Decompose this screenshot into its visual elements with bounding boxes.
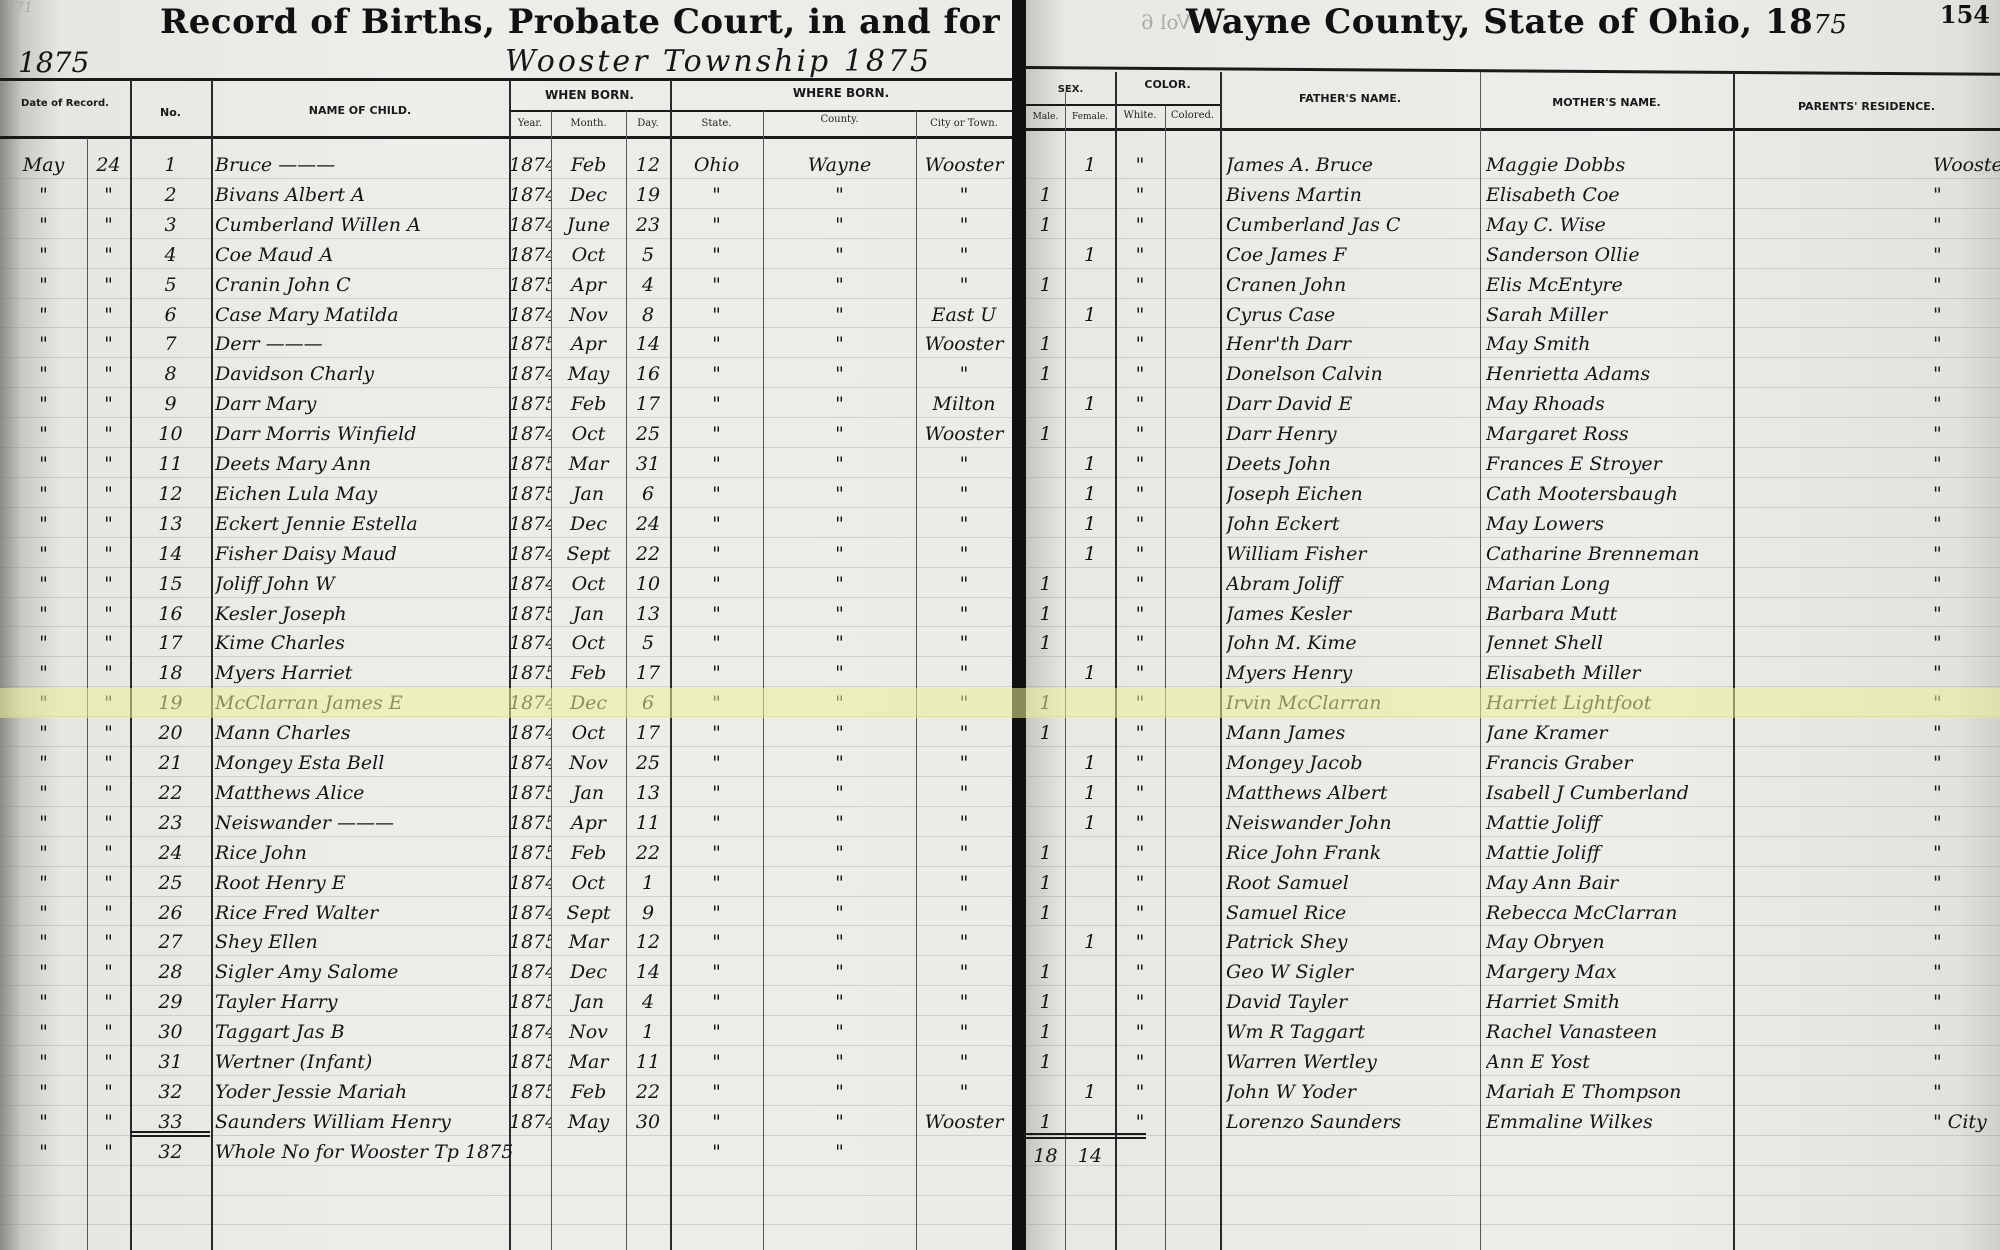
- mother-name: Mariah E Thompson: [1486, 1077, 1733, 1107]
- record-day: ": [87, 419, 130, 449]
- father-name: Abram Joliff: [1226, 569, 1480, 599]
- birth-day: 13: [626, 599, 670, 629]
- entry-number: 20: [130, 718, 211, 748]
- birth-month: Oct: [551, 419, 626, 449]
- sex-female: [1065, 1017, 1115, 1047]
- birth-state: ": [670, 300, 763, 330]
- birth-month: Apr: [551, 270, 626, 300]
- birth-county: ": [763, 748, 916, 778]
- entry-number: 32: [130, 1077, 211, 1107]
- header-county: County.: [763, 114, 916, 125]
- sex-female: [1065, 868, 1115, 898]
- book-gutter: [1012, 0, 1026, 1250]
- mother-name: Margery Max: [1486, 957, 1733, 987]
- sex-male: [1026, 300, 1065, 330]
- birth-day: 8: [626, 300, 670, 330]
- birth-county: ": [763, 628, 916, 658]
- birth-county: ": [763, 599, 916, 629]
- color-white: ": [1115, 1017, 1165, 1047]
- father-name: Neiswander John: [1226, 808, 1480, 838]
- birth-county: ": [763, 569, 916, 599]
- record-month: ": [0, 569, 87, 599]
- birth-county: ": [763, 957, 916, 987]
- sex-male: 1: [1026, 838, 1065, 868]
- birth-month: Oct: [551, 868, 626, 898]
- entry-number: 25: [130, 868, 211, 898]
- father-name: Geo W Sigler: [1226, 957, 1480, 987]
- birth-year: 1874: [509, 628, 551, 658]
- father-name: Rice John Frank: [1226, 838, 1480, 868]
- birth-county: ": [763, 778, 916, 808]
- child-name: McClarran James E: [215, 688, 509, 718]
- record-month: ": [0, 838, 87, 868]
- birth-county: ": [763, 389, 916, 419]
- father-name: Coe James F: [1226, 240, 1480, 270]
- birth-state: ": [670, 599, 763, 629]
- record-day: ": [87, 628, 130, 658]
- sex-female: 1: [1065, 1077, 1115, 1107]
- birth-city: Wooster: [916, 1107, 1012, 1137]
- sex-female: [1065, 180, 1115, 210]
- record-month: ": [0, 628, 87, 658]
- child-name: Darr Morris Winfield: [215, 419, 509, 449]
- sex-female: 1: [1065, 658, 1115, 688]
- record-day: ": [87, 1107, 130, 1137]
- parents-residence: ": [1933, 898, 2000, 928]
- color-white: ": [1115, 778, 1165, 808]
- column-divider: [1733, 72, 1735, 1250]
- birth-year: 1875: [509, 329, 551, 359]
- sex-male: [1026, 449, 1065, 479]
- parents-residence: Wooster Tp: [1933, 150, 2000, 180]
- color-white: ": [1115, 389, 1165, 419]
- record-day: ": [87, 838, 130, 868]
- parents-residence: ": [1933, 628, 2000, 658]
- birth-year: 1875: [509, 778, 551, 808]
- entry-number: 15: [130, 569, 211, 599]
- entry-number: 10: [130, 419, 211, 449]
- header-bottom-rule: [0, 136, 1012, 139]
- father-name: Myers Henry: [1226, 658, 1480, 688]
- birth-county: ": [763, 898, 916, 928]
- child-name: Matthews Alice: [215, 778, 509, 808]
- header-city-or-town: City or Town.: [916, 118, 1012, 129]
- color-white: ": [1115, 927, 1165, 957]
- child-name: Kime Charles: [215, 628, 509, 658]
- color-colored: [1165, 419, 1220, 449]
- birth-city: ": [916, 210, 1012, 240]
- father-name: James A. Bruce: [1226, 150, 1480, 180]
- birth-day: 24: [626, 509, 670, 539]
- father-name: Donelson Calvin: [1226, 359, 1480, 389]
- child-name: Coe Maud A: [215, 240, 509, 270]
- parents-residence: ": [1933, 658, 2000, 688]
- entry-number: 21: [130, 748, 211, 778]
- header-parents-residence: PARENTS' RESIDENCE.: [1733, 100, 2000, 113]
- birth-county: ": [763, 210, 916, 240]
- color-white: ": [1115, 599, 1165, 629]
- record-month: ": [0, 180, 87, 210]
- birth-year: 1874: [509, 898, 551, 928]
- color-white: ": [1115, 868, 1165, 898]
- mother-name: Isabell J Cumberland: [1486, 778, 1733, 808]
- mother-name: Harriet Smith: [1486, 987, 1733, 1017]
- color-colored: [1165, 718, 1220, 748]
- birth-state: ": [670, 808, 763, 838]
- sex-female: 1: [1065, 748, 1115, 778]
- record-day: ": [87, 1077, 130, 1107]
- sex-male: [1026, 479, 1065, 509]
- mother-name: Rebecca McClarran: [1486, 898, 1733, 928]
- birth-city: Wooster: [916, 150, 1012, 180]
- entry-number: 12: [130, 479, 211, 509]
- birth-city: ": [916, 270, 1012, 300]
- record-month: ": [0, 748, 87, 778]
- entry-number: 7: [130, 329, 211, 359]
- birth-month: Mar: [551, 1047, 626, 1077]
- birth-city: ": [916, 449, 1012, 479]
- sex-male: 1: [1026, 270, 1065, 300]
- sex-female: [1065, 898, 1115, 928]
- sex-female: [1065, 569, 1115, 599]
- birth-day: 14: [626, 329, 670, 359]
- parents-residence: ": [1933, 240, 2000, 270]
- birth-state: ": [670, 509, 763, 539]
- bleed-through-mark: Vol 6: [1141, 10, 1191, 34]
- record-day: ": [87, 1047, 130, 1077]
- father-name: Cranen John: [1226, 270, 1480, 300]
- father-name: Deets John: [1226, 449, 1480, 479]
- record-day: ": [87, 509, 130, 539]
- entry-number: 18: [130, 658, 211, 688]
- color-white: ": [1115, 359, 1165, 389]
- birth-day: 17: [626, 389, 670, 419]
- total-rule: [130, 1135, 210, 1137]
- child-name: Derr ———: [215, 329, 509, 359]
- birth-day: 5: [626, 240, 670, 270]
- birth-city: ": [916, 658, 1012, 688]
- summary-record-month: ": [0, 1137, 87, 1167]
- header-female: Female.: [1065, 112, 1115, 122]
- header-top-rule: [0, 78, 1012, 81]
- birth-year: 1874: [509, 718, 551, 748]
- color-white: ": [1115, 748, 1165, 778]
- header-mid-rule: [510, 110, 1012, 112]
- color-white: ": [1115, 210, 1165, 240]
- color-colored: [1165, 569, 1220, 599]
- birth-year: 1874: [509, 539, 551, 569]
- birth-day: 9: [626, 898, 670, 928]
- entry-number: 5: [130, 270, 211, 300]
- birth-month: Feb: [551, 658, 626, 688]
- birth-day: 1: [626, 1017, 670, 1047]
- record-month: ": [0, 599, 87, 629]
- birth-city: ": [916, 539, 1012, 569]
- record-month: ": [0, 1107, 87, 1137]
- child-name: Cumberland Willen A: [215, 210, 509, 240]
- record-month: ": [0, 240, 87, 270]
- birth-month: Oct: [551, 569, 626, 599]
- mother-name: May Smith: [1486, 329, 1733, 359]
- sex-male: [1026, 778, 1065, 808]
- record-month: ": [0, 688, 87, 718]
- child-name: Eichen Lula May: [215, 479, 509, 509]
- birth-county: ": [763, 927, 916, 957]
- color-white: ": [1115, 479, 1165, 509]
- birth-county: ": [763, 449, 916, 479]
- color-colored: [1165, 240, 1220, 270]
- father-name: Darr Henry: [1226, 419, 1480, 449]
- entry-number: 30: [130, 1017, 211, 1047]
- sex-male: 1: [1026, 1047, 1065, 1077]
- record-month: ": [0, 957, 87, 987]
- record-day: ": [87, 957, 130, 987]
- father-name: Root Samuel: [1226, 868, 1480, 898]
- color-colored: [1165, 628, 1220, 658]
- color-colored: [1165, 838, 1220, 868]
- color-white: ": [1115, 270, 1165, 300]
- parents-residence: ": [1933, 509, 2000, 539]
- record-month: ": [0, 1077, 87, 1107]
- birth-city: ": [916, 359, 1012, 389]
- birth-state: ": [670, 718, 763, 748]
- father-name: Cyrus Case: [1226, 300, 1480, 330]
- parents-residence: ": [1933, 479, 2000, 509]
- color-colored: [1165, 300, 1220, 330]
- header-mothers-name: MOTHER'S NAME.: [1480, 96, 1733, 109]
- birth-county: ": [763, 539, 916, 569]
- birth-month: Nov: [551, 1017, 626, 1047]
- sex-female: 1: [1065, 479, 1115, 509]
- header-month: Month.: [551, 118, 626, 129]
- parents-residence: ": [1933, 180, 2000, 210]
- parents-residence: ": [1933, 449, 2000, 479]
- birth-day: 6: [626, 688, 670, 718]
- parents-residence: ": [1933, 748, 2000, 778]
- birth-year: 1875: [509, 808, 551, 838]
- record-day: ": [87, 898, 130, 928]
- page-number: 154: [1940, 0, 1990, 29]
- column-divider: [211, 80, 213, 1250]
- record-day: ": [87, 868, 130, 898]
- birth-city: ": [916, 957, 1012, 987]
- birth-day: 31: [626, 449, 670, 479]
- record-day: ": [87, 539, 130, 569]
- header-sex: SEX.: [1026, 84, 1115, 95]
- ruled-line: [0, 1224, 1012, 1225]
- birth-day: 23: [626, 210, 670, 240]
- parents-residence: ": [1933, 718, 2000, 748]
- father-name: Warren Wertley: [1226, 1047, 1480, 1077]
- birth-state: ": [670, 957, 763, 987]
- record-day: ": [87, 599, 130, 629]
- entry-number: 29: [130, 987, 211, 1017]
- child-name: Fisher Daisy Maud: [215, 539, 509, 569]
- birth-month: Sept: [551, 898, 626, 928]
- birth-day: 14: [626, 957, 670, 987]
- mother-name: May Obryen: [1486, 927, 1733, 957]
- record-day: ": [87, 987, 130, 1017]
- child-name: Darr Mary: [215, 389, 509, 419]
- birth-month: Sept: [551, 539, 626, 569]
- birth-county: ": [763, 329, 916, 359]
- color-colored: [1165, 539, 1220, 569]
- birth-city: ": [916, 748, 1012, 778]
- birth-year: 1874: [509, 180, 551, 210]
- birth-month: Jan: [551, 599, 626, 629]
- color-white: ": [1115, 329, 1165, 359]
- birth-state: ": [670, 270, 763, 300]
- record-month: ": [0, 898, 87, 928]
- birth-month: Nov: [551, 300, 626, 330]
- entry-number: 19: [130, 688, 211, 718]
- entry-number: 6: [130, 300, 211, 330]
- color-white: ": [1115, 957, 1165, 987]
- child-name: Joliff John W: [215, 569, 509, 599]
- header-white: White.: [1115, 110, 1165, 121]
- birth-state: ": [670, 419, 763, 449]
- parents-residence: ": [1933, 270, 2000, 300]
- child-name: Mongey Esta Bell: [215, 748, 509, 778]
- record-day: ": [87, 270, 130, 300]
- color-white: ": [1115, 658, 1165, 688]
- birth-city: ": [916, 569, 1012, 599]
- birth-month: Oct: [551, 628, 626, 658]
- parents-residence: " City: [1933, 1107, 2000, 1137]
- birth-state: ": [670, 240, 763, 270]
- record-day: ": [87, 359, 130, 389]
- birth-city: ": [916, 688, 1012, 718]
- birth-state: ": [670, 927, 763, 957]
- sex-male: 1: [1026, 359, 1065, 389]
- child-name: Yoder Jessie Mariah: [215, 1077, 509, 1107]
- color-colored: [1165, 688, 1220, 718]
- entry-number: 16: [130, 599, 211, 629]
- sex-female: [1065, 359, 1115, 389]
- record-month: ": [0, 1017, 87, 1047]
- parents-residence: ": [1933, 838, 2000, 868]
- birth-city: ": [916, 1017, 1012, 1047]
- record-month: ": [0, 300, 87, 330]
- header-name-of-child: NAME OF CHILD.: [211, 104, 509, 117]
- birth-county: Wayne: [763, 150, 916, 180]
- record-day: ": [87, 180, 130, 210]
- birth-month: Dec: [551, 688, 626, 718]
- birth-county: ": [763, 1077, 916, 1107]
- birth-county: ": [763, 479, 916, 509]
- child-name: Rice Fred Walter: [215, 898, 509, 928]
- birth-month: June: [551, 210, 626, 240]
- child-name: Bruce ———: [215, 150, 509, 180]
- sex-female: [1065, 329, 1115, 359]
- mother-name: May C. Wise: [1486, 210, 1733, 240]
- parents-residence: ": [1933, 868, 2000, 898]
- sex-female: [1065, 987, 1115, 1017]
- birth-county: ": [763, 270, 916, 300]
- color-white: ": [1115, 300, 1165, 330]
- color-colored: [1165, 778, 1220, 808]
- entry-number: 3: [130, 210, 211, 240]
- birth-state: ": [670, 449, 763, 479]
- birth-county: ": [763, 300, 916, 330]
- header-bottom-rule: [1026, 128, 2000, 131]
- birth-county: ": [763, 868, 916, 898]
- color-colored: [1165, 359, 1220, 389]
- mother-name: Mattie Joliff: [1486, 808, 1733, 838]
- entry-number: 31: [130, 1047, 211, 1077]
- color-white: ": [1115, 539, 1165, 569]
- birth-state: ": [670, 329, 763, 359]
- child-name: Sigler Amy Salome: [215, 957, 509, 987]
- sex-female: [1065, 957, 1115, 987]
- birth-state: ": [670, 1077, 763, 1107]
- birth-year: 1874: [509, 868, 551, 898]
- birth-state: ": [670, 479, 763, 509]
- header-state: State.: [670, 118, 763, 129]
- summary-state: ": [670, 1137, 763, 1167]
- birth-city: ": [916, 808, 1012, 838]
- record-month: ": [0, 359, 87, 389]
- mother-name: Marian Long: [1486, 569, 1733, 599]
- birth-state: Ohio: [670, 150, 763, 180]
- sex-male: 1: [1026, 898, 1065, 928]
- sex-male: [1026, 150, 1065, 180]
- birth-year: 1875: [509, 987, 551, 1017]
- sex-female: 1: [1065, 509, 1115, 539]
- mother-name: Frances E Stroyer: [1486, 449, 1733, 479]
- birth-day: 11: [626, 808, 670, 838]
- parents-residence: ": [1933, 300, 2000, 330]
- entry-number: 24: [130, 838, 211, 868]
- sex-female: 1: [1065, 927, 1115, 957]
- entry-number: 22: [130, 778, 211, 808]
- birth-state: ": [670, 987, 763, 1017]
- record-month: ": [0, 658, 87, 688]
- record-day: ": [87, 927, 130, 957]
- birth-state: ": [670, 180, 763, 210]
- corner-year: 1875: [18, 46, 89, 79]
- color-colored: [1165, 898, 1220, 928]
- sex-female: 1: [1065, 150, 1115, 180]
- child-name: Davidson Charly: [215, 359, 509, 389]
- birth-day: 17: [626, 658, 670, 688]
- birth-county: ": [763, 987, 916, 1017]
- birth-year: 1875: [509, 658, 551, 688]
- sex-male: [1026, 389, 1065, 419]
- birth-year: 1875: [509, 389, 551, 419]
- color-white: ": [1115, 569, 1165, 599]
- birth-year: 1875: [509, 449, 551, 479]
- color-white: ": [1115, 150, 1165, 180]
- mother-name: May Lowers: [1486, 509, 1733, 539]
- birth-county: ": [763, 808, 916, 838]
- parents-residence: ": [1933, 569, 2000, 599]
- birth-city: ": [916, 599, 1012, 629]
- header-top-rule: [1026, 66, 2000, 76]
- father-name: Mongey Jacob: [1226, 748, 1480, 778]
- record-month: ": [0, 868, 87, 898]
- summary-text: Whole No for Wooster Tp 1875: [215, 1137, 655, 1167]
- birth-state: ": [670, 868, 763, 898]
- color-white: ": [1115, 1077, 1165, 1107]
- right-title-year-suffix: 75: [1813, 10, 1847, 40]
- record-day: ": [87, 808, 130, 838]
- child-name: Saunders William Henry: [215, 1107, 509, 1137]
- header-when-born: WHEN BORN.: [509, 88, 670, 102]
- header-where-born: WHERE BORN.: [670, 86, 1012, 100]
- sex-female: [1065, 718, 1115, 748]
- sex-male: 1: [1026, 868, 1065, 898]
